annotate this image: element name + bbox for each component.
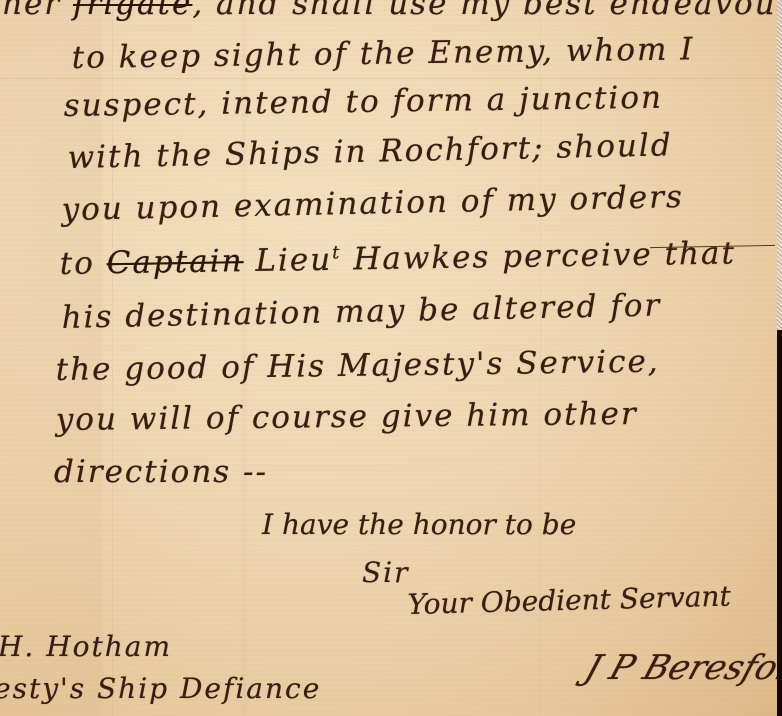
letter-line-3: suspect, intend to form a junction <box>63 80 663 124</box>
letter-line-5: you upon examination of my orders <box>61 179 684 228</box>
letter-line-6: to Captain Lieut Hawkes perceive that <box>59 235 736 282</box>
line-text: you will of course give him other <box>56 396 638 438</box>
letter-line-2: to keep sight of the Enemy, whom I <box>71 31 694 76</box>
struck-word: Captain <box>106 243 243 281</box>
addressee-ship: esty's Ship Defiance <box>0 672 321 705</box>
letter-line-8: the good of His Majesty's Service, <box>55 344 659 388</box>
letter-line-7: his destination may be altered for <box>61 287 661 336</box>
lace-fabric-edge <box>777 0 782 330</box>
line-text: to keep sight of the Enemy, whom I <box>71 31 694 76</box>
line-text: Lieu <box>243 242 332 279</box>
line-text: esty's Ship Defiance <box>0 672 321 705</box>
line-text: Hawkes perceive that <box>341 235 736 277</box>
letter-page: ner frigate, and shall use my best endea… <box>0 0 777 716</box>
letter-line-9: you will of course give him other <box>56 396 638 438</box>
closing-line-honor: I have the honor to be <box>262 508 576 541</box>
closing-line-servant: Your Obedient Servant <box>407 580 731 621</box>
line-text: the good of His Majesty's Service, <box>55 344 659 388</box>
line-text: I have the honor to be <box>262 508 576 541</box>
dark-background-edge <box>777 330 782 716</box>
line-text: ner <box>2 0 73 22</box>
letter-line-4: with the Ships in Rochfort; should <box>67 127 673 176</box>
line-text: directions -- <box>54 454 268 490</box>
signature: J P Beresford <box>580 648 777 688</box>
line-text: to <box>59 245 107 282</box>
superscript: t <box>332 242 342 263</box>
line-text: his destination may be altered for <box>61 287 661 336</box>
closing-salutation: Sir <box>362 556 410 589</box>
line-text: you upon examination of my orders <box>61 179 684 228</box>
line-text: Your Obedient Servant <box>407 580 731 621</box>
signature-text: J P Beresford <box>580 648 777 688</box>
letter-line-1: ner frigate, and shall use my best endea… <box>2 0 777 22</box>
line-text: suspect, intend to form a junction <box>63 80 663 124</box>
addressee-name: H. Hotham <box>0 630 172 663</box>
struck-word: frigate <box>73 0 192 22</box>
line-text: , and shall use my best endeavours <box>192 0 777 22</box>
letter-line-10: directions -- <box>54 454 268 490</box>
line-text: with the Ships in Rochfort; should <box>67 127 673 176</box>
line-text: H. Hotham <box>0 630 172 663</box>
line-text: Sir <box>362 556 410 589</box>
